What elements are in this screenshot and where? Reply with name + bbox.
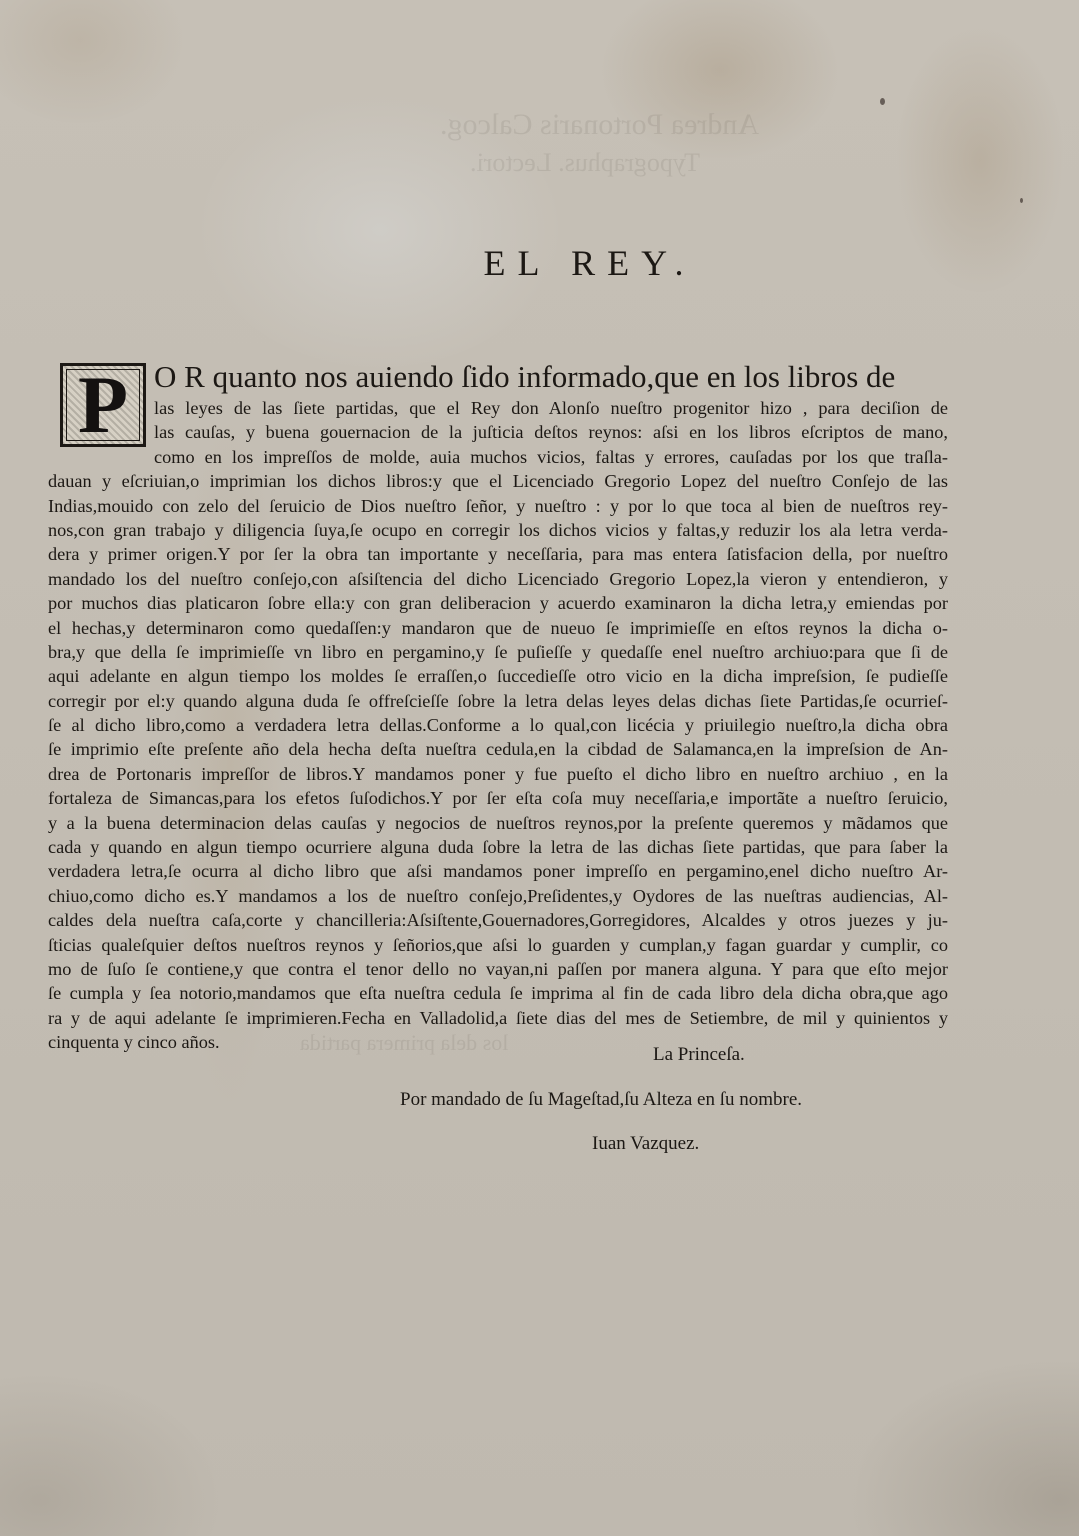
text-line: cada y quando en algun tiempo ocurriere …	[48, 835, 948, 859]
text-line: Indias,mouido con zelo del ſeruicio de D…	[48, 494, 948, 518]
ink-spot	[880, 98, 885, 105]
text-line: y a la buena determinacion delas cauſas …	[48, 811, 948, 835]
text-line: cinquenta y cinco años.	[48, 1030, 948, 1054]
text-line: chiuo,como dicho es.Y mandamos a los de …	[48, 884, 948, 908]
opening-line: O R quanto nos auiendo ſido informado,qu…	[154, 358, 944, 396]
text-line: corregir por el:y quando alguna duda ſe …	[48, 689, 948, 713]
bleed-through-text: Typographus. Lectori.	[470, 148, 700, 178]
text-line: el hechas,y determinaron como quedaſſen:…	[48, 616, 948, 640]
text-line: dera y primer origen.Y por ſer la obra t…	[48, 542, 948, 566]
text-line: mo de ſuſo ſe contiene,y que contra el t…	[48, 957, 948, 981]
text-line: las cauſas, y buena gouernacion de la ju…	[48, 420, 948, 444]
bleed-through-text: Andrea Portonaris Calcog.	[440, 108, 759, 142]
text-line: ſticias qualeſquier deſtos nueſtros reyn…	[48, 933, 948, 957]
text-line: por muchos dias platicaron ſobre ella:y …	[48, 591, 948, 615]
document-page: Andrea Portonaris Calcog. Typographus. L…	[0, 0, 1079, 1536]
text-line: mandado los del nueſtro conſejo,con aſsi…	[48, 567, 948, 591]
text-line: dauan y eſcriuian,o imprimian los dichos…	[48, 469, 948, 493]
text-line: ra y de aqui adelante ſe imprimieren.Fec…	[48, 1006, 948, 1030]
text-line: ſe imprimio eſte preſente año dela hecha…	[48, 737, 948, 761]
ink-spot	[1020, 198, 1023, 203]
page-title: EL REY.	[0, 242, 1079, 284]
text-line: aqui adelante en algun tiempo los moldes…	[48, 664, 948, 688]
text-line: drea de Portonaris impreſſor de libros.Y…	[48, 762, 948, 786]
text-line: ſe cumpla y ſea notorio,mandamos que eſt…	[48, 981, 948, 1005]
signer-name: La Princeſa.	[653, 1044, 745, 1066]
text-line: caldes dela nueſtra caſa,corte y chancil…	[48, 908, 948, 932]
text-line: ſe al dicho libro,como a verdadera letra…	[48, 713, 948, 737]
text-line: bra,y que della ſe imprimieſſe vn libro …	[48, 640, 948, 664]
body-text: las leyes de las ſiete partidas, que el …	[48, 396, 948, 1055]
text-line: verdadera letra,ſe ocurra al dicho libro…	[48, 859, 948, 883]
text-line: como en los impreſſos de molde, auia muc…	[48, 445, 948, 469]
text-line: fortaleza de Simancas,para los efetos ſu…	[48, 786, 948, 810]
text-line: nos,con gran trabajo y diligencia ſuya,ſ…	[48, 518, 948, 542]
text-line: las leyes de las ſiete partidas, que el …	[48, 396, 948, 420]
mandate-line: Por mandado de ſu Mageſtad,ſu Alteza en …	[400, 1089, 802, 1111]
secretary-name: Iuan Vazquez.	[592, 1133, 699, 1155]
